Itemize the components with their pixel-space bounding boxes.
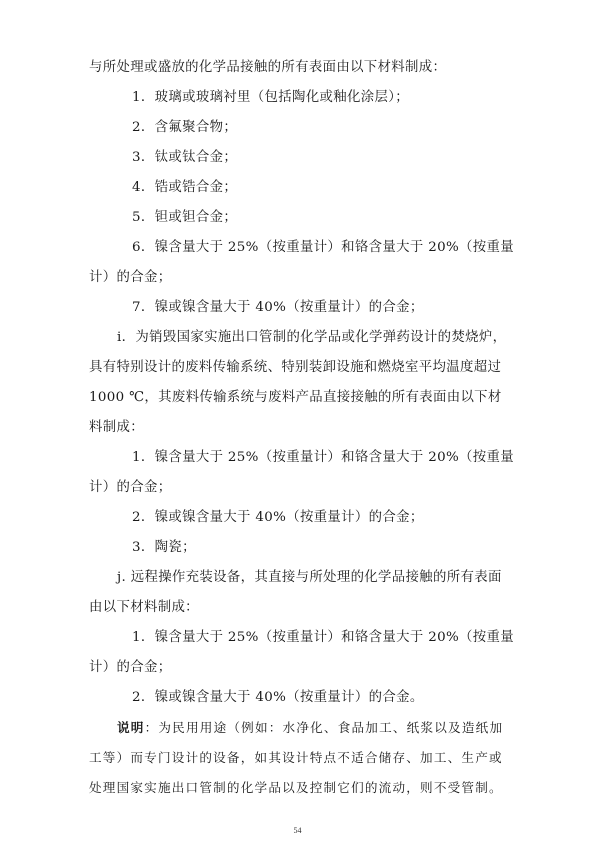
paragraph-intro: 与所处理或盛放的化学品接触的所有表面由以下材料制成：	[89, 59, 507, 77]
list-item-continuation: 计）的合金；	[89, 479, 507, 497]
list-item: 7．镍或镍含量大于 40%（按重量计）的合金；	[132, 299, 550, 317]
page-number: 54	[0, 826, 595, 835]
list-item: 1．玻璃或玻璃衬里（包括陶化或釉化涂层）；	[132, 89, 550, 107]
list-item-continuation: 计）的合金；	[89, 659, 507, 677]
section-i-text: 1000 ℃，其废料传输系统与废料产品直接接触的所有表面由以下材	[89, 389, 507, 407]
note-label: 说明	[117, 720, 145, 735]
list-item: 2．镍或镍含量大于 40%（按重量计）的合金；	[132, 509, 550, 527]
list-item: 4．锆或锆合金；	[132, 179, 550, 197]
list-item: 5．钽或钽合金；	[132, 209, 550, 227]
section-i-text: 具有特别设计的废料传输系统、特别装卸设施和燃烧室平均温度超过	[89, 359, 507, 377]
note-text: 处理国家实施出口管制的化学品以及控制它们的流动，则不受管制。	[89, 779, 507, 797]
section-i-text: 料制成：	[89, 419, 507, 437]
section-i-heading: i．为销毁国家实施出口管制的化学品或化学弹药设计的焚烧炉，	[117, 329, 535, 347]
note-paragraph: 说明：为民用用途（例如：水净化、食品加工、纸浆以及造纸加	[117, 719, 535, 737]
note-text: 工等）而专门设计的设备，如其设计特点不适合储存、加工、生产或	[89, 749, 507, 767]
list-item: 6．镍含量大于 25%（按重量计）和铬含量大于 20%（按重量	[132, 239, 550, 257]
section-j-heading: j. 远程操作充装设备，其直接与所处理的化学品接触的所有表面	[117, 569, 535, 587]
list-item: 3．钛或钛合金；	[132, 149, 550, 167]
document-page: 与所处理或盛放的化学品接触的所有表面由以下材料制成： 1．玻璃或玻璃衬里（包括陶…	[0, 0, 595, 841]
list-item-continuation: 计）的合金；	[89, 269, 507, 287]
note-text: 为民用用途（例如：水净化、食品加工、纸浆以及造纸加	[158, 720, 503, 735]
list-item: 1．镍含量大于 25%（按重量计）和铬含量大于 20%（按重量	[132, 629, 550, 647]
section-j-text: 由以下材料制成：	[89, 599, 507, 617]
note-colon: ：	[145, 720, 159, 735]
list-item: 2．镍或镍含量大于 40%（按重量计）的合金。	[132, 689, 550, 707]
list-item: 2．含氟聚合物；	[132, 119, 550, 137]
list-item: 1．镍含量大于 25%（按重量计）和铬含量大于 20%（按重量	[132, 449, 550, 467]
list-item: 3．陶瓷；	[132, 539, 550, 557]
